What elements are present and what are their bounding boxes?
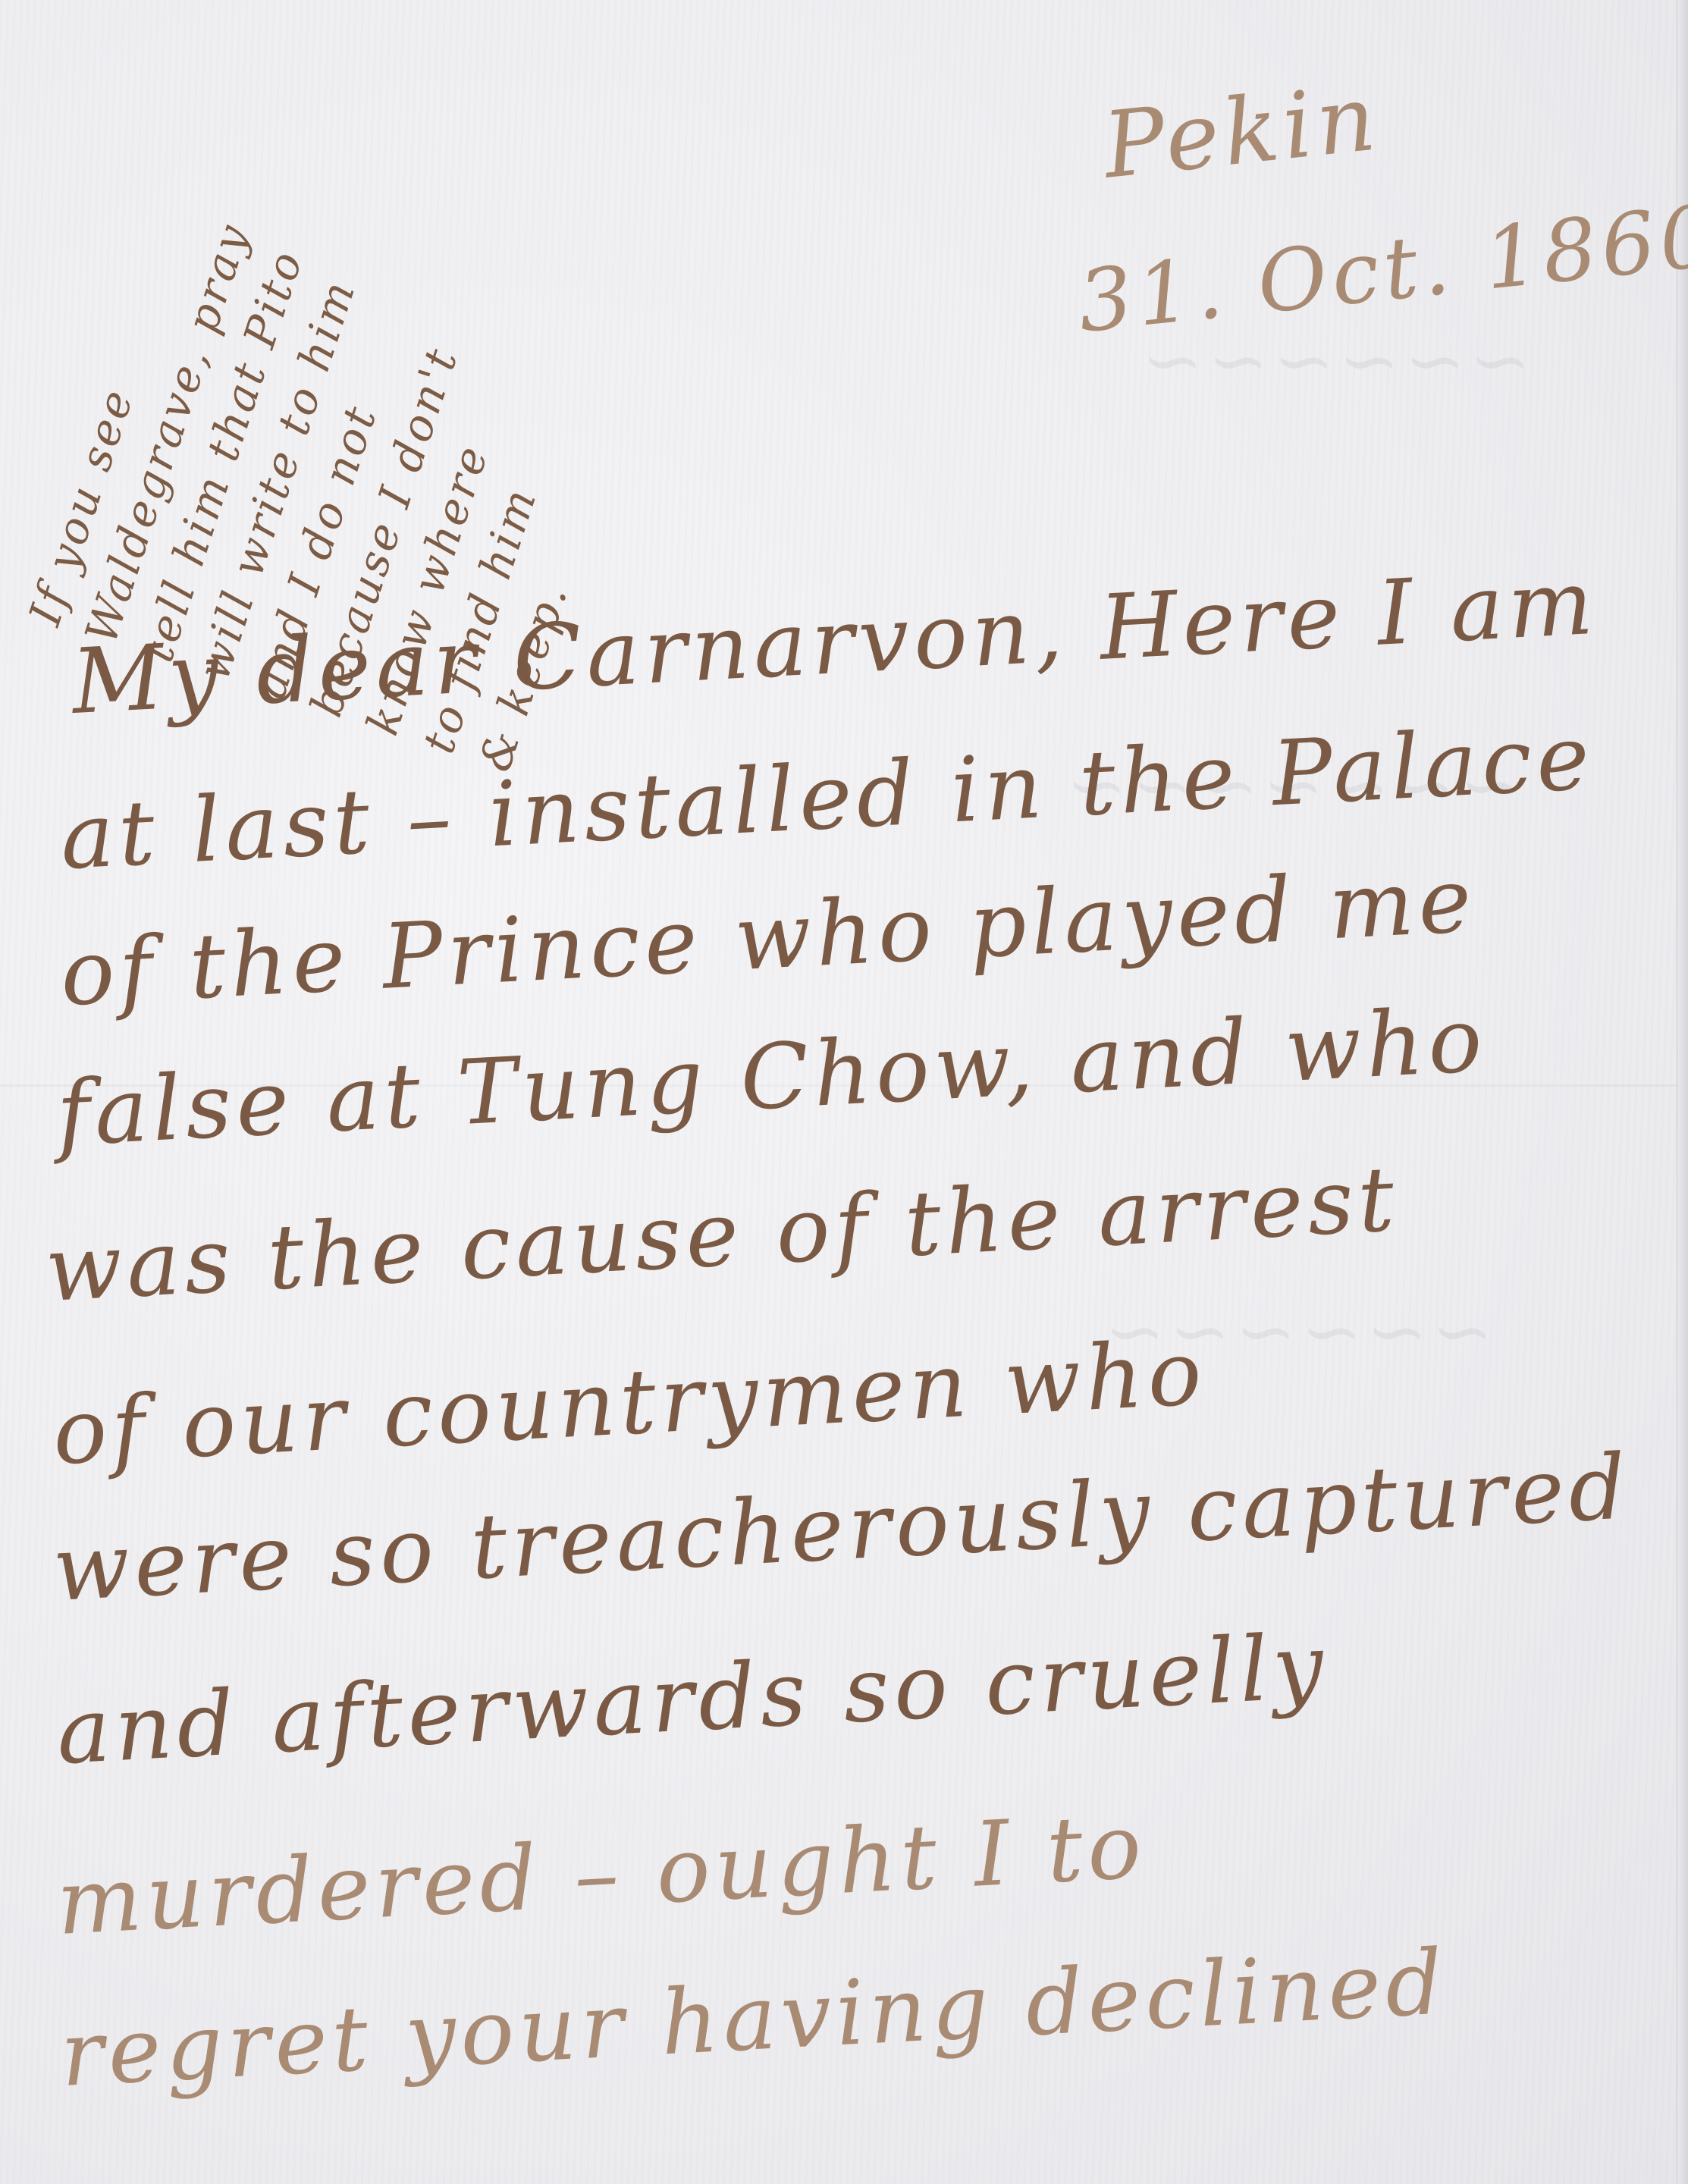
letter-place: Pekin <box>1099 65 1385 199</box>
letter-page: ~~~~~~ ~~~~~~~ ~~~~~~ If you see Waldegr… <box>0 0 1688 2184</box>
letter-line: of our countrymen who <box>50 1319 1208 1484</box>
letter-line: and afterwards so cruelly <box>54 1613 1330 1784</box>
letter-line: murdered – ought I to <box>54 1793 1148 1955</box>
letter-line: regret your having declined <box>58 1929 1449 2107</box>
page-edge <box>1677 0 1688 2184</box>
